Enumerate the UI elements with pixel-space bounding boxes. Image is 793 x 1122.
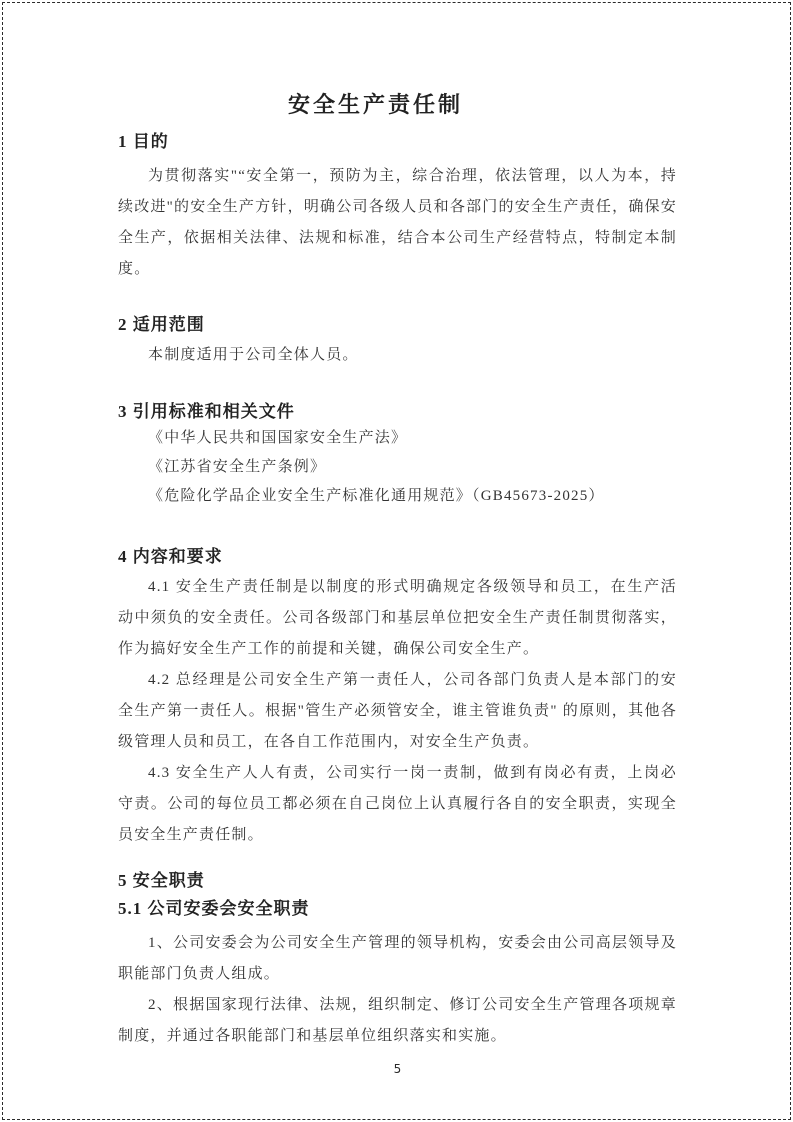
reference-list: 《中华人民共和国国家安全生产法》 《江苏省安全生产条例》 《危险化学品企业安全生… <box>118 424 677 511</box>
reference-item-2: 《江苏省安全生产条例》 <box>118 453 677 482</box>
reference-item-3: 《危险化学品企业安全生产标准化通用规范》（GB45673-2025） <box>118 482 677 511</box>
section-4-paragraph-4-1: 4.1 安全生产责任制是以制度的形式明确规定各级领导和员工，在生产活动中须负的安… <box>118 572 677 665</box>
document-title: 安全生产责任制 <box>96 90 655 120</box>
section-3-heading: 3 引用标准和相关文件 <box>118 399 677 424</box>
section-5-paragraph-1: 1、公司安委会为公司安全生产管理的领导机构，安委会由公司高层领导及职能部门负责人… <box>118 928 677 990</box>
section-5-heading: 5 安全职责 <box>118 868 677 893</box>
section-1-heading: 1 目的 <box>118 129 677 154</box>
section-4-paragraph-4-2: 4.2 总经理是公司安全生产第一责任人，公司各部门负责人是本部门的安全生产第一责… <box>118 665 677 758</box>
section-4-heading: 4 内容和要求 <box>118 544 677 569</box>
document-content: 安全生产责任制 1 目的 为贯彻落实"“安全第一，预防为主，综合治理，依法管理，… <box>0 90 793 1077</box>
section-1-paragraph: 为贯彻落实"“安全第一，预防为主，综合治理，依法管理，以人为本，持续改进"的安全… <box>118 161 677 285</box>
section-2-heading: 2 适用范围 <box>118 312 677 337</box>
section-5-paragraph-2: 2、根据国家现行法律、法规，组织制定、修订公司安全生产管理各项规章制度，并通过各… <box>118 990 677 1052</box>
reference-item-1: 《中华人民共和国国家安全生产法》 <box>118 424 677 453</box>
document-page: 安全生产责任制 1 目的 为贯彻落实"“安全第一，预防为主，综合治理，依法管理，… <box>0 0 793 1122</box>
page-number: 5 <box>118 1061 677 1077</box>
section-4-paragraph-4-3: 4.3 安全生产人人有责，公司实行一岗一责制，做到有岗必有责，上岗必守责。公司的… <box>118 758 677 851</box>
section-5-1-heading: 5.1 公司安委会安全职责 <box>118 896 677 921</box>
section-2-paragraph: 本制度适用于公司全体人员。 <box>118 340 677 371</box>
